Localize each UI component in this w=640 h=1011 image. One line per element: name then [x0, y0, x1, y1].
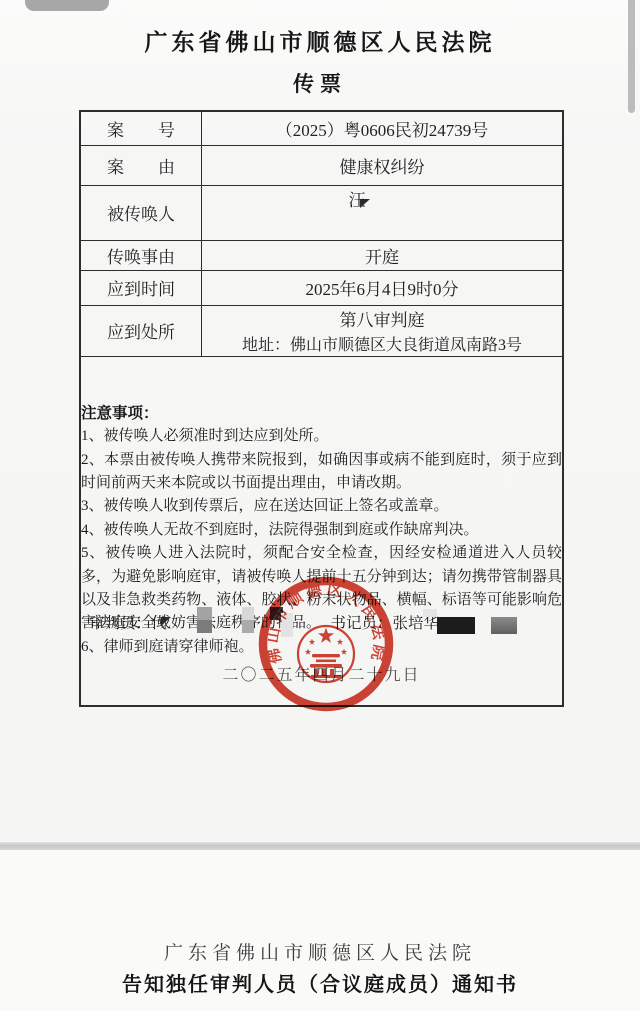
scrollbar-thumb[interactable] [628, 0, 635, 113]
court-address: 地址：佛山市顺德区大良街道凤南路3号 [202, 332, 562, 355]
document-title: 传票 [0, 68, 640, 98]
note-item-4: 4、被传唤人无故不到庭时，法院得强制到庭或作缺席判决。 [81, 519, 562, 542]
summons-table: 案 号 （2025）粤0606民初24739号 案 由 健康权纠纷 被传唤人 汪… [79, 110, 564, 707]
footer-court-title: 广东省佛山市顺德区人民法院 [0, 938, 640, 965]
table-row-cause: 案 由 健康权纠纷 [80, 145, 563, 185]
notes-heading: 注意事项： [81, 402, 562, 425]
note-item-3: 3、被传唤人收到传票后，应在送达回证上签名或盖章。 [81, 495, 562, 518]
table-row-notes: 注意事项： 1、被传唤人必须准时到达应到处所。 2、本票由被传唤人携带来院报到，… [80, 356, 563, 706]
judge-partial-name: 代 [151, 611, 167, 633]
cause-value: 健康权纠纷 [202, 145, 564, 185]
note-item-1: 1、被传唤人必须准时到达应到处所。 [81, 425, 562, 448]
case-number-label: 案 号 [80, 111, 202, 145]
page-separator [0, 842, 640, 850]
table-row-arrival-place: 应到处所 第八审判庭 地址：佛山市顺德区大良街道凤南路3号 [80, 305, 563, 356]
summons-page: 广东省佛山市顺德区人民法院 传票 案 号 （2025）粤0606民初24739号… [0, 0, 640, 843]
arrival-place-label: 应到处所 [80, 305, 202, 356]
note-item-2: 2、本票由被传唤人携带来院报到，如确因事或病不能到庭时，须于应到时间前两天来本院… [81, 449, 562, 496]
clerk-label: 书记员： [331, 611, 393, 633]
cause-label: 案 由 [80, 145, 202, 185]
summoned-person-value: 汪 [202, 185, 564, 240]
redaction-mosaic [171, 607, 293, 637]
judge-label: 审判员： [89, 611, 151, 633]
footer-document-title: 告知独任审判人员（合议庭成员）通知书 [0, 968, 640, 997]
redaction-blob [25, 0, 109, 11]
table-row-arrival-time: 应到时间 2025年6月4日9时0分 [80, 270, 563, 305]
table-row-summoned-person: 被传唤人 汪 [80, 185, 563, 240]
redaction-mosaic [449, 609, 517, 634]
summoned-person-partial-name: 汪 [349, 186, 366, 211]
redaction-mosaic [371, 214, 416, 240]
signature-row: 审判员： 代 书记员： 张培华 [89, 607, 551, 637]
arrival-place-value: 第八审判庭 地址：佛山市顺德区大良街道凤南路3号 [202, 305, 564, 356]
next-document-page: 广东省佛山市顺德区人民法院 告知独任审判人员（合议庭成员）通知书 [0, 850, 640, 1011]
issue-date: 二〇二五年四月二十九日 [81, 662, 562, 685]
arrival-time-label: 应到时间 [80, 270, 202, 305]
summoned-person-label: 被传唤人 [80, 185, 202, 240]
summon-reason-label: 传唤事由 [80, 240, 202, 270]
court-title: 广东省佛山市顺德区人民法院 [0, 24, 640, 57]
note-item-6: 6、律师到庭请穿律师袍。 [81, 636, 562, 659]
table-row-case-number: 案 号 （2025）粤0606民初24739号 [80, 111, 563, 145]
notes-section: 注意事项： 1、被传唤人必须准时到达应到处所。 2、本票由被传唤人携带来院报到，… [80, 356, 563, 706]
table-row-summon-reason: 传唤事由 开庭 [80, 240, 563, 270]
arrival-time-value: 2025年6月4日9时0分 [202, 270, 564, 305]
case-number-value: （2025）粤0606民初24739号 [202, 111, 564, 145]
summon-reason-value: 开庭 [202, 240, 564, 270]
courtroom: 第八审判庭 [340, 311, 425, 330]
